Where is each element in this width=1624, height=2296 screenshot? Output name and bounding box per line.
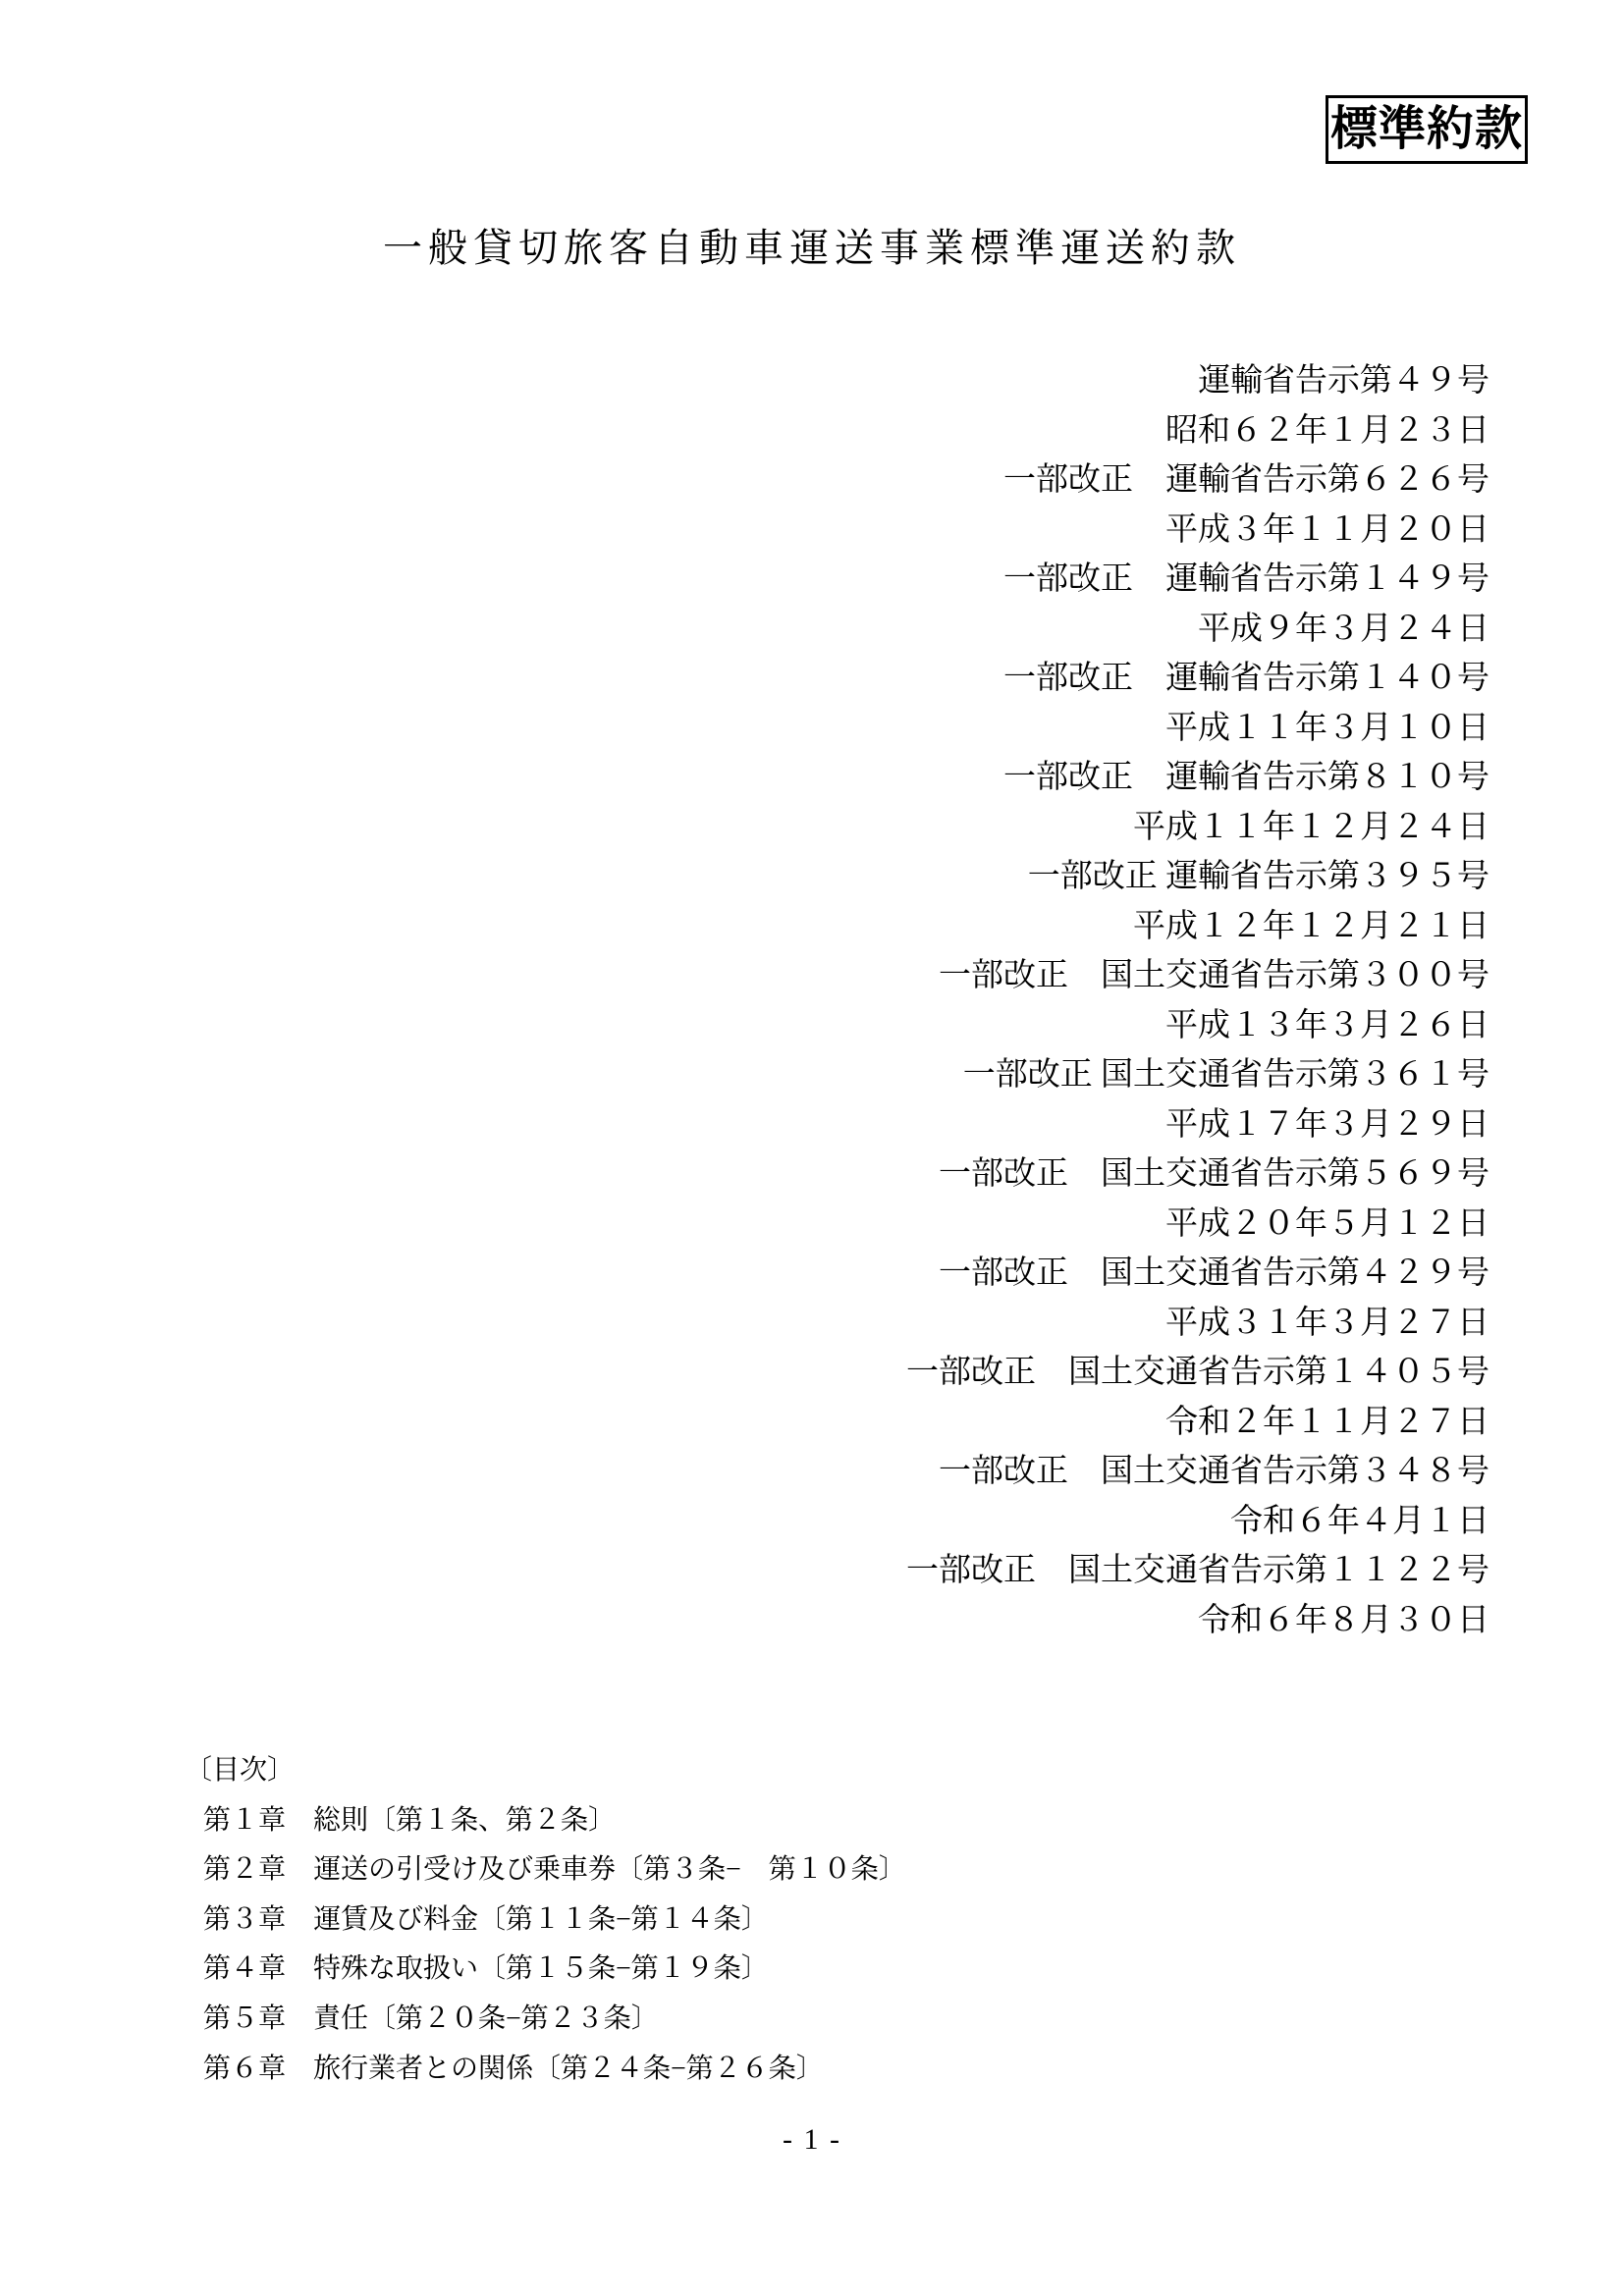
page-number: - 1 - <box>0 2119 1624 2161</box>
notice-line: 一部改正 運輸省告示第６２６号 <box>906 455 1489 506</box>
toc-item-chapter5: 第５章 責任〔第２０条−第２３条〕 <box>185 1995 906 2045</box>
notice-line: 令和２年１１月２７日 <box>906 1398 1489 1448</box>
notice-line: 一部改正 運輸省告示第１４０号 <box>906 654 1489 704</box>
notice-line: 運輸省告示第４９号 <box>906 356 1489 406</box>
toc-item-chapter3: 第３章 運賃及び料金〔第１１条−第１４条〕 <box>185 1896 906 1946</box>
notice-line: 平成３年１１月２０日 <box>906 506 1489 556</box>
standard-terms-stamp: 標準約款 <box>1326 95 1528 164</box>
notice-line: 一部改正 運輸省告示第１４９号 <box>906 555 1489 605</box>
toc-item-chapter1: 第１章 総則〔第１条、第２条〕 <box>185 1796 906 1846</box>
toc-heading: 〔目次〕 <box>185 1746 906 1796</box>
notice-line: 一部改正 国土交通省告示第５６９号 <box>906 1149 1489 1200</box>
notice-line: 平成１１年３月１０日 <box>906 704 1489 754</box>
notice-line: 平成１３年３月２６日 <box>906 1001 1489 1051</box>
document-title: 一般貸切旅客自動車運送事業標準運送約款 <box>0 225 1624 272</box>
notice-line: 一部改正 国土交通省告示第４２９号 <box>906 1249 1489 1299</box>
notice-line: 一部改正 国土交通省告示第３００号 <box>906 951 1489 1001</box>
notice-line: 一部改正 国土交通省告示第１１２２号 <box>906 1546 1489 1596</box>
notice-line: 一部改正 国土交通省告示第１４０５号 <box>906 1348 1489 1398</box>
notice-line: 令和６年８月３０日 <box>906 1596 1489 1646</box>
revision-history: 運輸省告示第４９号 昭和６２年１月２３日 一部改正 運輸省告示第６２６号 平成３… <box>906 356 1489 1645</box>
notice-line: 平成９年３月２４日 <box>906 605 1489 655</box>
notice-line: 一部改正 運輸省告示第８１０号 <box>906 753 1489 803</box>
notice-line: 平成１２年１２月２１日 <box>906 902 1489 952</box>
notice-line: 平成３１年３月２７日 <box>906 1299 1489 1349</box>
notice-line: 平成１１年１２月２４日 <box>906 803 1489 853</box>
notice-line: 一部改正 国土交通省告示第３４８号 <box>906 1447 1489 1497</box>
notice-line: 平成１７年３月２９日 <box>906 1100 1489 1150</box>
table-of-contents: 〔目次〕 第１章 総則〔第１条、第２条〕 第２章 運送の引受け及び乗車券〔第３条… <box>185 1746 906 2094</box>
toc-item-chapter2: 第２章 運送の引受け及び乗車券〔第３条− 第１０条〕 <box>185 1845 906 1896</box>
notice-line: 令和６年４月１日 <box>906 1497 1489 1547</box>
toc-item-chapter6: 第６章 旅行業者との関係〔第２４条−第２６条〕 <box>185 2045 906 2095</box>
notice-line: 一部改正 国土交通省告示第３６１号 <box>906 1050 1489 1100</box>
toc-item-chapter4: 第４章 特殊な取扱い〔第１５条−第１９条〕 <box>185 1945 906 1995</box>
document-page: 標準約款 一般貸切旅客自動車運送事業標準運送約款 運輸省告示第４９号 昭和６２年… <box>0 0 1624 2296</box>
notice-line: 昭和６２年１月２３日 <box>906 406 1489 456</box>
notice-line: 一部改正 運輸省告示第３９５号 <box>906 852 1489 902</box>
notice-line: 平成２０年５月１２日 <box>906 1200 1489 1250</box>
